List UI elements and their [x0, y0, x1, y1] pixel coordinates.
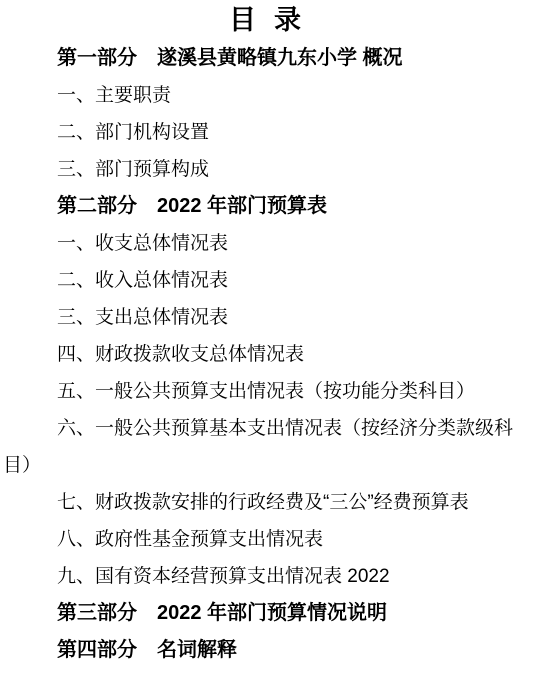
- toc-item-admin-funds-three-public: 七、财政拨款安排的行政经费及“三公”经费预算表: [3, 484, 528, 521]
- toc-part3-heading: 第三部分 2022 年部门预算情况说明: [3, 595, 528, 632]
- toc-item-budget-composition: 三、部门预算构成: [3, 151, 528, 188]
- document-page: 目 录 第一部分 遂溪县黄略镇九东小学 概况 一、主要职责 二、部门机构设置 三…: [0, 0, 534, 678]
- toc-item-general-public-budget-basic-expenditure: 六、一般公共预算基本支出情况表（按经济分类款级科: [3, 410, 528, 447]
- toc-item-basic-expenditure-wrap: 目）: [3, 447, 528, 484]
- toc-part4-heading: 第四部分 名词解释: [3, 632, 528, 669]
- toc-item-fiscal-allocation-summary: 四、财政拨款收支总体情况表: [3, 336, 528, 373]
- toc-item-revenue-expenditure-summary: 一、收支总体情况表: [3, 225, 528, 262]
- toc-item-state-capital-budget: 九、国有资本经营预算支出情况表 2022: [3, 558, 528, 595]
- toc-part2-heading: 第二部分 2022 年部门预算表: [3, 188, 528, 225]
- toc-item-general-public-budget-expenditure: 五、一般公共预算支出情况表（按功能分类科目）: [3, 373, 528, 410]
- toc-part1-heading: 第一部分 遂溪县黄略镇九东小学 概况: [3, 40, 528, 77]
- toc-item-government-fund-budget: 八、政府性基金预算支出情况表: [3, 521, 528, 558]
- toc-item-org-structure: 二、部门机构设置: [3, 114, 528, 151]
- toc-item-revenue-summary: 二、收入总体情况表: [3, 262, 528, 299]
- toc-item-duties: 一、主要职责: [3, 77, 528, 114]
- toc-title: 目 录: [3, 0, 528, 40]
- toc-item-expenditure-summary: 三、支出总体情况表: [3, 299, 528, 336]
